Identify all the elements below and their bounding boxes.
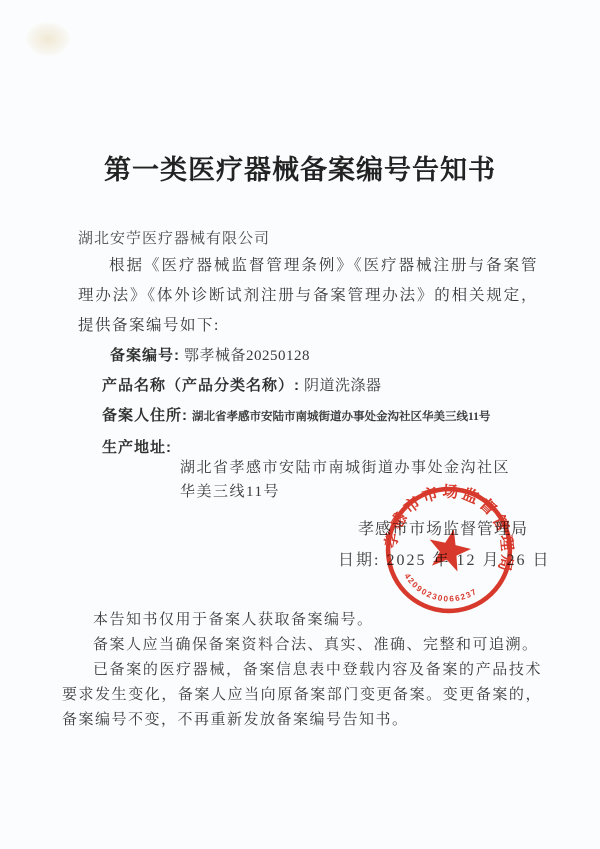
official-seal-stamp: 孝感市市场监督管理局 42090230066237 (370, 471, 528, 629)
field-record-number: 备案编号: 鄂孝械备20250128 (110, 344, 310, 365)
notification-document: 第一类医疗器械备案编号告知书 湖北安苧医疗器械有限公司 根据《医疗器械监督管理条… (0, 0, 600, 849)
note-line: 已备案的医疗器械，备案信息表中登载内容及备案的产品技术要求发生变化，备案人应当向… (62, 658, 542, 733)
registrant-address-value: 湖北省孝感市安陆市南城街道办事处金沟社区华美三线11号 (192, 411, 490, 423)
field-product-name: 产品名称（产品分类名称）: 阴道洗涤器 (102, 374, 382, 395)
footer-notes: 本告知书仅用于备案人获取备案编号。 备案人应当确保备案资料合法、真实、准确、完整… (62, 608, 542, 733)
seal-star-icon (424, 524, 474, 573)
paper-smudge-mark (26, 22, 70, 56)
document-title: 第一类医疗器械备案编号告知书 (0, 148, 600, 187)
record-number-value: 鄂孝械备20250128 (184, 348, 310, 364)
field-registrant-address: 备案人住所: 湖北省孝感市安陆市南城街道办事处金沟社区华美三线11号 (102, 404, 490, 425)
product-name-label: 产品名称（产品分类名称）: (102, 377, 300, 394)
registrant-address-label: 备案人住所: (102, 407, 188, 424)
note-line: 备案人应当确保备案资料合法、真实、准确、完整和可追溯。 (62, 633, 542, 658)
note-line: 本告知书仅用于备案人获取备案编号。 (62, 608, 542, 633)
field-production-address: 生产地址: (102, 436, 172, 457)
record-number-label: 备案编号: (110, 347, 180, 364)
production-address-label: 生产地址: (102, 439, 172, 456)
product-name-value: 阴道洗涤器 (304, 378, 382, 394)
seal-number: 42090230066237 (399, 570, 481, 611)
recipient-company: 湖北安苧医疗器械有限公司 (78, 227, 270, 248)
intro-paragraph: 根据《医疗器械监督管理条例》《医疗器械注册与备案管理办法》《体外诊断试剂注册与备… (78, 251, 538, 341)
